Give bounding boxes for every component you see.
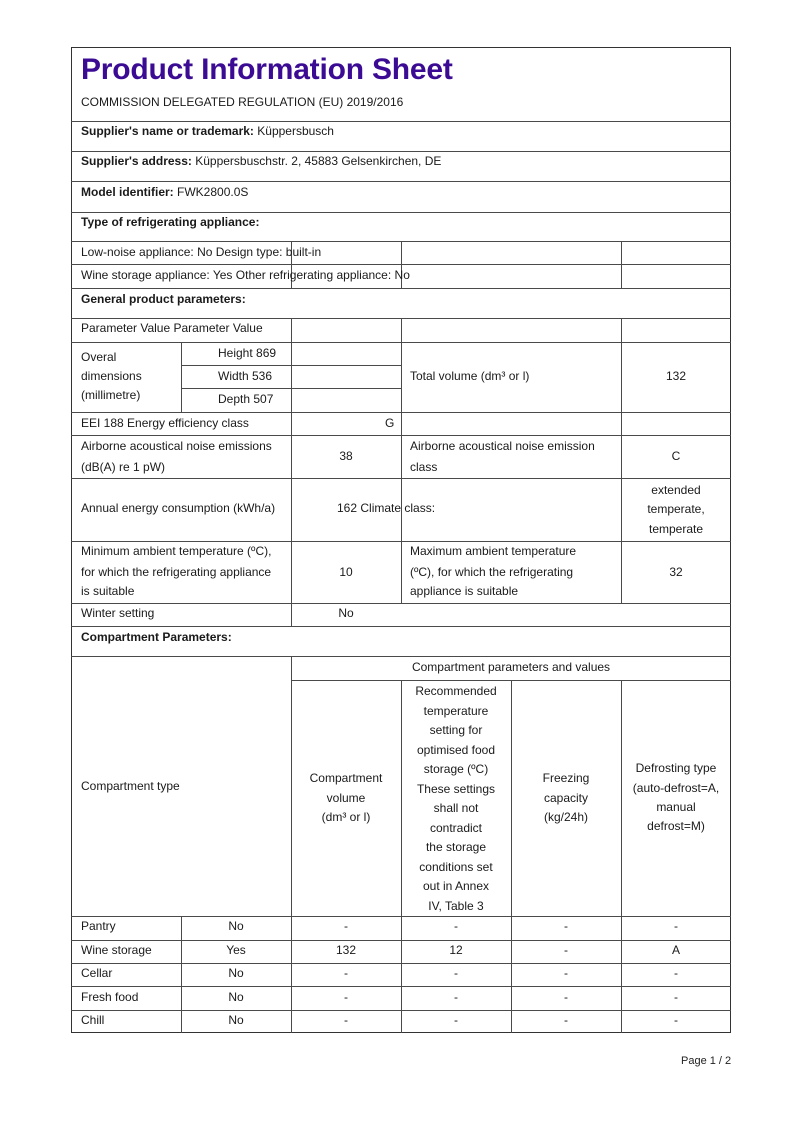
- supplier-address-value: Küppersbuschstr. 2, 45883 Gelsenkirchen,…: [195, 154, 441, 168]
- compartment-defrost: -: [621, 917, 731, 937]
- supplier-name-row: Supplier's name or trademark: Küppersbus…: [81, 122, 334, 142]
- appliance-type-row-2: Wine storage appliance: Yes Other refrig…: [81, 266, 410, 286]
- compartment-freezing: -: [511, 988, 621, 1008]
- compartment-defrost: A: [621, 941, 731, 961]
- compartment-type: Chill: [81, 1011, 104, 1031]
- depth-value: Depth 507: [218, 390, 273, 410]
- freezing-header-1: Freezing: [511, 769, 621, 789]
- supplier-address-row: Supplier's address: Küppersbuschstr. 2, …: [81, 152, 441, 172]
- compartment-volume: 132: [291, 941, 401, 961]
- temperature-header-line: These settings: [401, 780, 511, 800]
- min-temp-label-1: Minimum ambient temperature (ºC),: [81, 542, 271, 562]
- compartment-defrost: -: [621, 1011, 731, 1031]
- divider: [401, 318, 402, 603]
- parameter-column-header: Parameter Value Parameter Value: [81, 319, 263, 339]
- compartment-volume: -: [291, 964, 401, 984]
- compartment-defrost: -: [621, 988, 731, 1008]
- product-information-sheet: Product Information Sheet COMMISSION DEL…: [0, 0, 802, 1134]
- temperature-header-line: temperature: [401, 702, 511, 722]
- dimensions-label-3: (millimetre): [81, 386, 140, 406]
- temperature-header-line: IV, Table 3: [401, 897, 511, 917]
- compartment-freezing: -: [511, 1011, 621, 1031]
- compartment-parameters-heading: Compartment Parameters:: [81, 628, 232, 648]
- eei-value: G: [385, 414, 394, 434]
- appliance-type-heading: Type of refrigerating appliance:: [81, 213, 259, 233]
- compartment-temperature: -: [401, 964, 511, 984]
- noise-class-label-1: Airborne acoustical noise emission: [410, 437, 595, 457]
- compartment-present: No: [181, 1011, 291, 1031]
- compartment-group-header: Compartment parameters and values: [291, 658, 731, 678]
- temperature-header-line: the storage: [401, 838, 511, 858]
- energy-consumption-value: 162 Climate class:: [337, 499, 435, 519]
- climate-class-value-3: temperate: [621, 520, 731, 540]
- compartment-type: Pantry: [81, 917, 116, 937]
- compartment-present: No: [181, 964, 291, 984]
- volume-header-3: (dm³ or l): [291, 808, 401, 828]
- model-identifier-label: Model identifier:: [81, 185, 174, 199]
- temperature-header-line: out in Annex: [401, 877, 511, 897]
- compartment-volume: -: [291, 1011, 401, 1031]
- defrost-header-2: (auto-defrost=A,: [621, 779, 731, 799]
- regulation-text: COMMISSION DELEGATED REGULATION (EU) 201…: [81, 93, 403, 113]
- temperature-header-line: storage (ºC): [401, 760, 511, 780]
- divider: [71, 656, 731, 657]
- temperature-header-line: Recommended: [401, 682, 511, 702]
- compartment-volume: -: [291, 988, 401, 1008]
- general-parameters-heading: General product parameters:: [81, 290, 246, 310]
- compartment-freezing: -: [511, 917, 621, 937]
- freezing-header-3: (kg/24h): [511, 808, 621, 828]
- winter-setting-label: Winter setting: [81, 604, 154, 624]
- compartment-freezing: -: [511, 941, 621, 961]
- divider: [71, 626, 731, 627]
- noise-value: 38: [291, 447, 401, 467]
- divider: [621, 241, 622, 288]
- compartment-present: Yes: [181, 941, 291, 961]
- temperature-header-line: conditions set: [401, 858, 511, 878]
- freezing-header-2: capacity: [511, 789, 621, 809]
- dimensions-label-1: Overal: [81, 348, 116, 368]
- divider: [71, 181, 731, 182]
- compartment-type-header: Compartment type: [81, 777, 180, 797]
- compartment-temperature: 12: [401, 941, 511, 961]
- temperature-header-line: setting for: [401, 721, 511, 741]
- temperature-header-line: shall not: [401, 799, 511, 819]
- defrost-header-1: Defrosting type: [621, 759, 731, 779]
- page-number: Page 1 / 2: [681, 1055, 731, 1067]
- compartment-freezing: -: [511, 964, 621, 984]
- model-identifier-row: Model identifier: FWK2800.0S: [81, 183, 248, 203]
- total-volume-value: 132: [621, 367, 731, 387]
- dimensions-label-2: dimensions: [81, 367, 142, 387]
- max-temp-label-1: Maximum ambient temperature: [410, 542, 576, 562]
- supplier-name-value: Küppersbusch: [257, 124, 334, 138]
- compartment-present: No: [181, 988, 291, 1008]
- defrost-header-3: manual: [621, 798, 731, 818]
- compartment-temperature: -: [401, 988, 511, 1008]
- model-identifier-value: FWK2800.0S: [177, 185, 248, 199]
- max-temp-label-2: (ºC), for which the refrigerating: [410, 563, 573, 583]
- compartment-defrost: -: [621, 964, 731, 984]
- max-temp-label-3: appliance is suitable: [410, 582, 518, 602]
- climate-class-value-2: temperate,: [621, 500, 731, 520]
- noise-label-2: (dB(A) re 1 pW): [81, 458, 165, 478]
- supplier-address-label: Supplier's address:: [81, 154, 192, 168]
- volume-header-2: volume: [291, 789, 401, 809]
- height-value: Height 869: [218, 344, 276, 364]
- compartment-temperature: -: [401, 1011, 511, 1031]
- min-temp-label-2: for which the refrigerating appliance: [81, 563, 271, 583]
- volume-header-1: Compartment: [291, 769, 401, 789]
- defrost-header-4: defrost=M): [621, 817, 731, 837]
- appliance-type-row-1: Low-noise appliance: No Design type: bui…: [81, 243, 321, 263]
- climate-class-value-1: extended: [621, 481, 731, 501]
- energy-consumption-label: Annual energy consumption (kWh/a): [81, 499, 275, 519]
- noise-class-label-2: class: [410, 458, 437, 478]
- page-title: Product Information Sheet: [81, 50, 453, 90]
- width-value: Width 536: [218, 367, 272, 387]
- divider: [71, 288, 731, 289]
- noise-label-1: Airborne acoustical noise emissions: [81, 437, 272, 457]
- noise-class-value: C: [621, 447, 731, 467]
- eei-label: EEI 188 Energy efficiency class: [81, 414, 249, 434]
- compartment-volume: -: [291, 917, 401, 937]
- divider: [181, 342, 182, 412]
- compartment-type: Cellar: [81, 964, 112, 984]
- winter-setting-value: No: [291, 604, 401, 624]
- temperature-header-line: optimised food: [401, 741, 511, 761]
- divider: [71, 603, 731, 604]
- supplier-name-label: Supplier's name or trademark:: [81, 124, 254, 138]
- compartment-temperature: -: [401, 917, 511, 937]
- compartment-type: Wine storage: [81, 941, 152, 961]
- min-temp-label-3: is suitable: [81, 582, 134, 602]
- total-volume-label: Total volume (dm³ or l): [410, 367, 529, 387]
- compartment-present: No: [181, 917, 291, 937]
- max-temp-value: 32: [621, 563, 731, 583]
- min-temp-value: 10: [291, 563, 401, 583]
- temperature-header-line: contradict: [401, 819, 511, 839]
- compartment-type: Fresh food: [81, 988, 138, 1008]
